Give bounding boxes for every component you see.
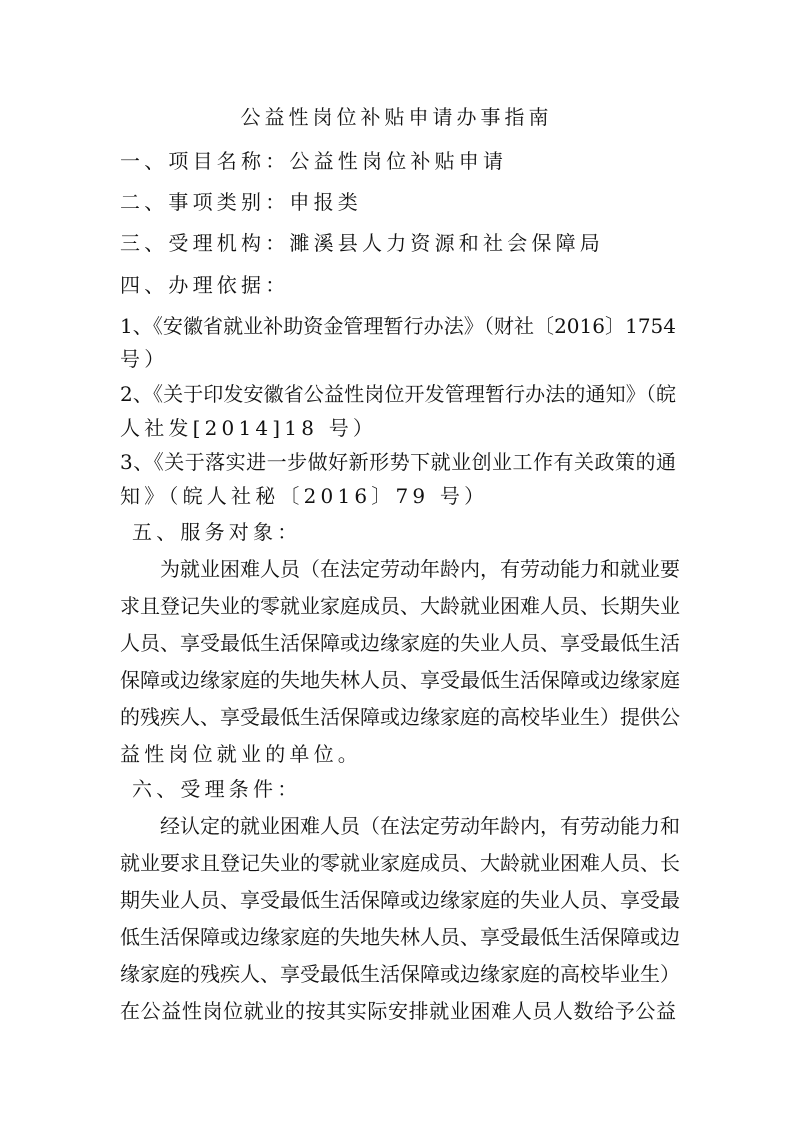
service-target-heading: 五、服务对象： xyxy=(132,519,688,545)
conditions-line-6: 在公益性岗位就业的按其实际安排就业困难人员人数给予公益 xyxy=(120,998,676,1024)
conditions-line-5: 缘家庭的残疾人、享受最低生活保障或边缘家庭的高校毕业生） xyxy=(120,961,676,987)
document-page: 公益性岗位补贴申请办事指南 一、项目名称：公益性岗位补贴申请 二、事项类别：申报… xyxy=(0,0,793,1122)
service-target-line-2: 求且登记失业的零就业家庭成员、大龄就业困难人员、长期失业 xyxy=(120,593,676,619)
service-target-line-1: 为就业困难人员（在法定劳动年龄内，有劳动能力和就业要 xyxy=(160,556,676,582)
section-category: 二、事项类别：申报类 xyxy=(120,189,676,215)
service-target-line-5: 的残疾人、享受最低生活保障或边缘家庭的高校毕业生）提供公 xyxy=(120,704,676,730)
document-title: 公益性岗位补贴申请办事指南 xyxy=(0,104,793,130)
basis-item-2-line-1: 2、《关于印发安徽省公益性岗位开发管理暂行办法的通知》（皖 xyxy=(120,381,676,407)
conditions-line-3: 期失业人员、享受最低生活保障或边缘家庭的失业人员、享受最 xyxy=(120,887,676,913)
section-item-name: 一、项目名称：公益性岗位补贴申请 xyxy=(120,148,676,174)
section-authority: 三、受理机构：濉溪县人力资源和社会保障局 xyxy=(120,230,676,256)
authority-label: 三、受理机构： xyxy=(120,231,289,255)
item-name-label: 一、项目名称： xyxy=(120,149,289,173)
conditions-line-2: 就业要求且登记失业的零就业家庭成员、大龄就业困难人员、长 xyxy=(120,850,676,876)
category-label: 二、事项类别： xyxy=(120,190,289,214)
conditions-line-1: 经认定的就业困难人员（在法定劳动年龄内，有劳动能力和 xyxy=(160,813,676,839)
basis-item-2-line-2: 人社发[2014]18 号） xyxy=(120,415,676,441)
conditions-heading: 六、受理条件： xyxy=(132,776,688,802)
basis-item-3-line-1: 3、《关于落实进一步做好新形势下就业创业工作有关政策的通 xyxy=(120,449,676,475)
service-target-line-3: 人员、享受最低生活保障或边缘家庭的失业人员、享受最低生活 xyxy=(120,630,676,656)
basis-item-1-line-1: 1、《安徽省就业补助资金管理暂行办法》（财社〔2016〕1754 xyxy=(120,313,676,339)
authority-value: 濉溪县人力资源和社会保障局 xyxy=(289,231,604,255)
basis-item-3-line-2: 知》（皖人社秘〔2016〕79 号） xyxy=(120,483,676,509)
service-target-line-6: 益性岗位就业的单位。 xyxy=(120,741,676,767)
item-name-value: 公益性岗位补贴申请 xyxy=(289,149,507,173)
basis-heading: 四、办理依据： xyxy=(120,272,676,298)
conditions-line-4: 低生活保障或边缘家庭的失地失林人员、享受最低生活保障或边 xyxy=(120,924,676,950)
service-target-line-4: 保障或边缘家庭的失地失林人员、享受最低生活保障或边缘家庭 xyxy=(120,667,676,693)
basis-item-1-line-2: 号） xyxy=(120,346,676,372)
category-value: 申报类 xyxy=(289,190,362,214)
